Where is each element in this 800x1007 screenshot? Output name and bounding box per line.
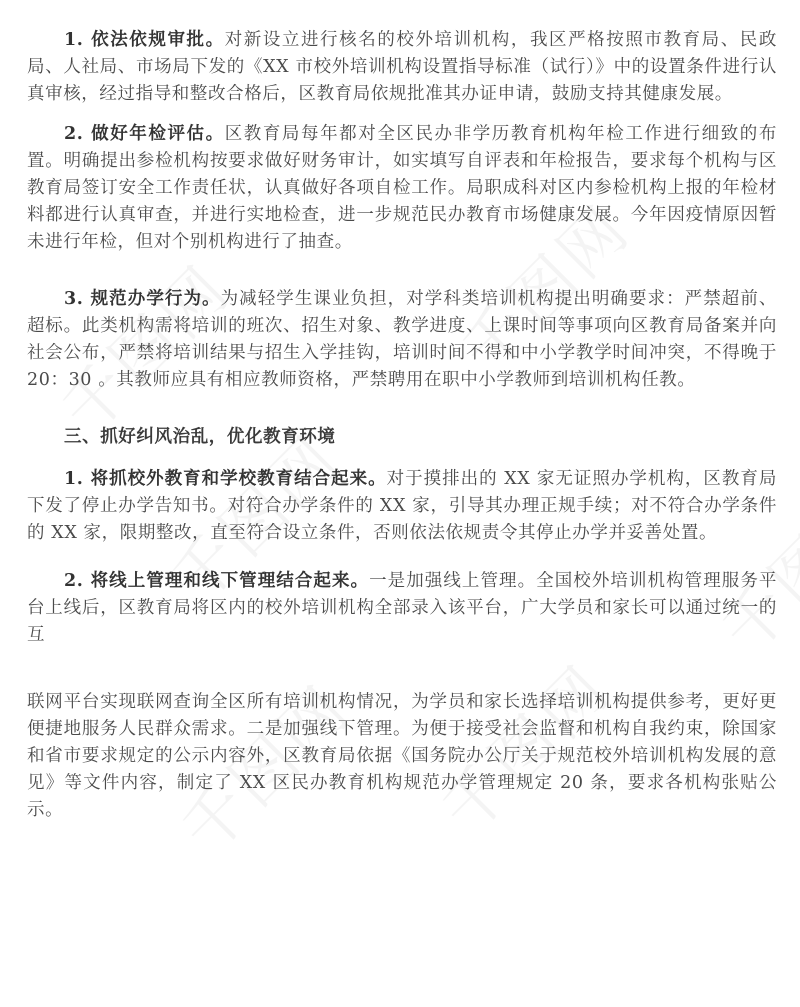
paragraph-lead: 2. 做好年检评估。 bbox=[64, 124, 225, 144]
paragraph-combine-education: 1. 将抓校外教育和学校教育结合起来。对于摸排出的 XX 家无证照办学机构，区教… bbox=[27, 466, 777, 547]
paragraph-annual-inspection: 2. 做好年检评估。区教育局每年都对全区民办非学历教育机构年检工作进行细致的布置… bbox=[27, 121, 777, 256]
paragraph-approval: 1. 依法依规审批。对新设立进行核名的校外培训机构，我区严格按照市教育局、民政局… bbox=[27, 27, 777, 108]
paragraph-online-offline: 2. 将线上管理和线下管理结合起来。一是加强线上管理。全国校外培训机构管理服务平… bbox=[27, 568, 777, 649]
section-heading: 三、抓好纠风治乱，优化教育环境 bbox=[27, 424, 777, 451]
paragraph-regulate-behavior: 3. 规范办学行为。为减轻学生课业负担，对学科类培训机构提出明确要求：严禁超前、… bbox=[27, 286, 777, 394]
paragraph-continuation: 联网平台实现联网查询全区所有培训机构情况，为学员和家长选择培训机构提供参考，更好… bbox=[27, 689, 777, 824]
paragraph-lead: 2. 将线上管理和线下管理结合起来。 bbox=[64, 571, 369, 591]
paragraph-lead: 3. 规范办学行为。 bbox=[64, 289, 221, 309]
paragraph-lead: 1. 将抓校外教育和学校教育结合起来。 bbox=[64, 469, 387, 489]
paragraph-lead: 1. 依法依规审批。 bbox=[64, 30, 225, 50]
paragraph-body: 联网平台实现联网查询全区所有培训机构情况，为学员和家长选择培训机构提供参考，更好… bbox=[27, 692, 777, 820]
